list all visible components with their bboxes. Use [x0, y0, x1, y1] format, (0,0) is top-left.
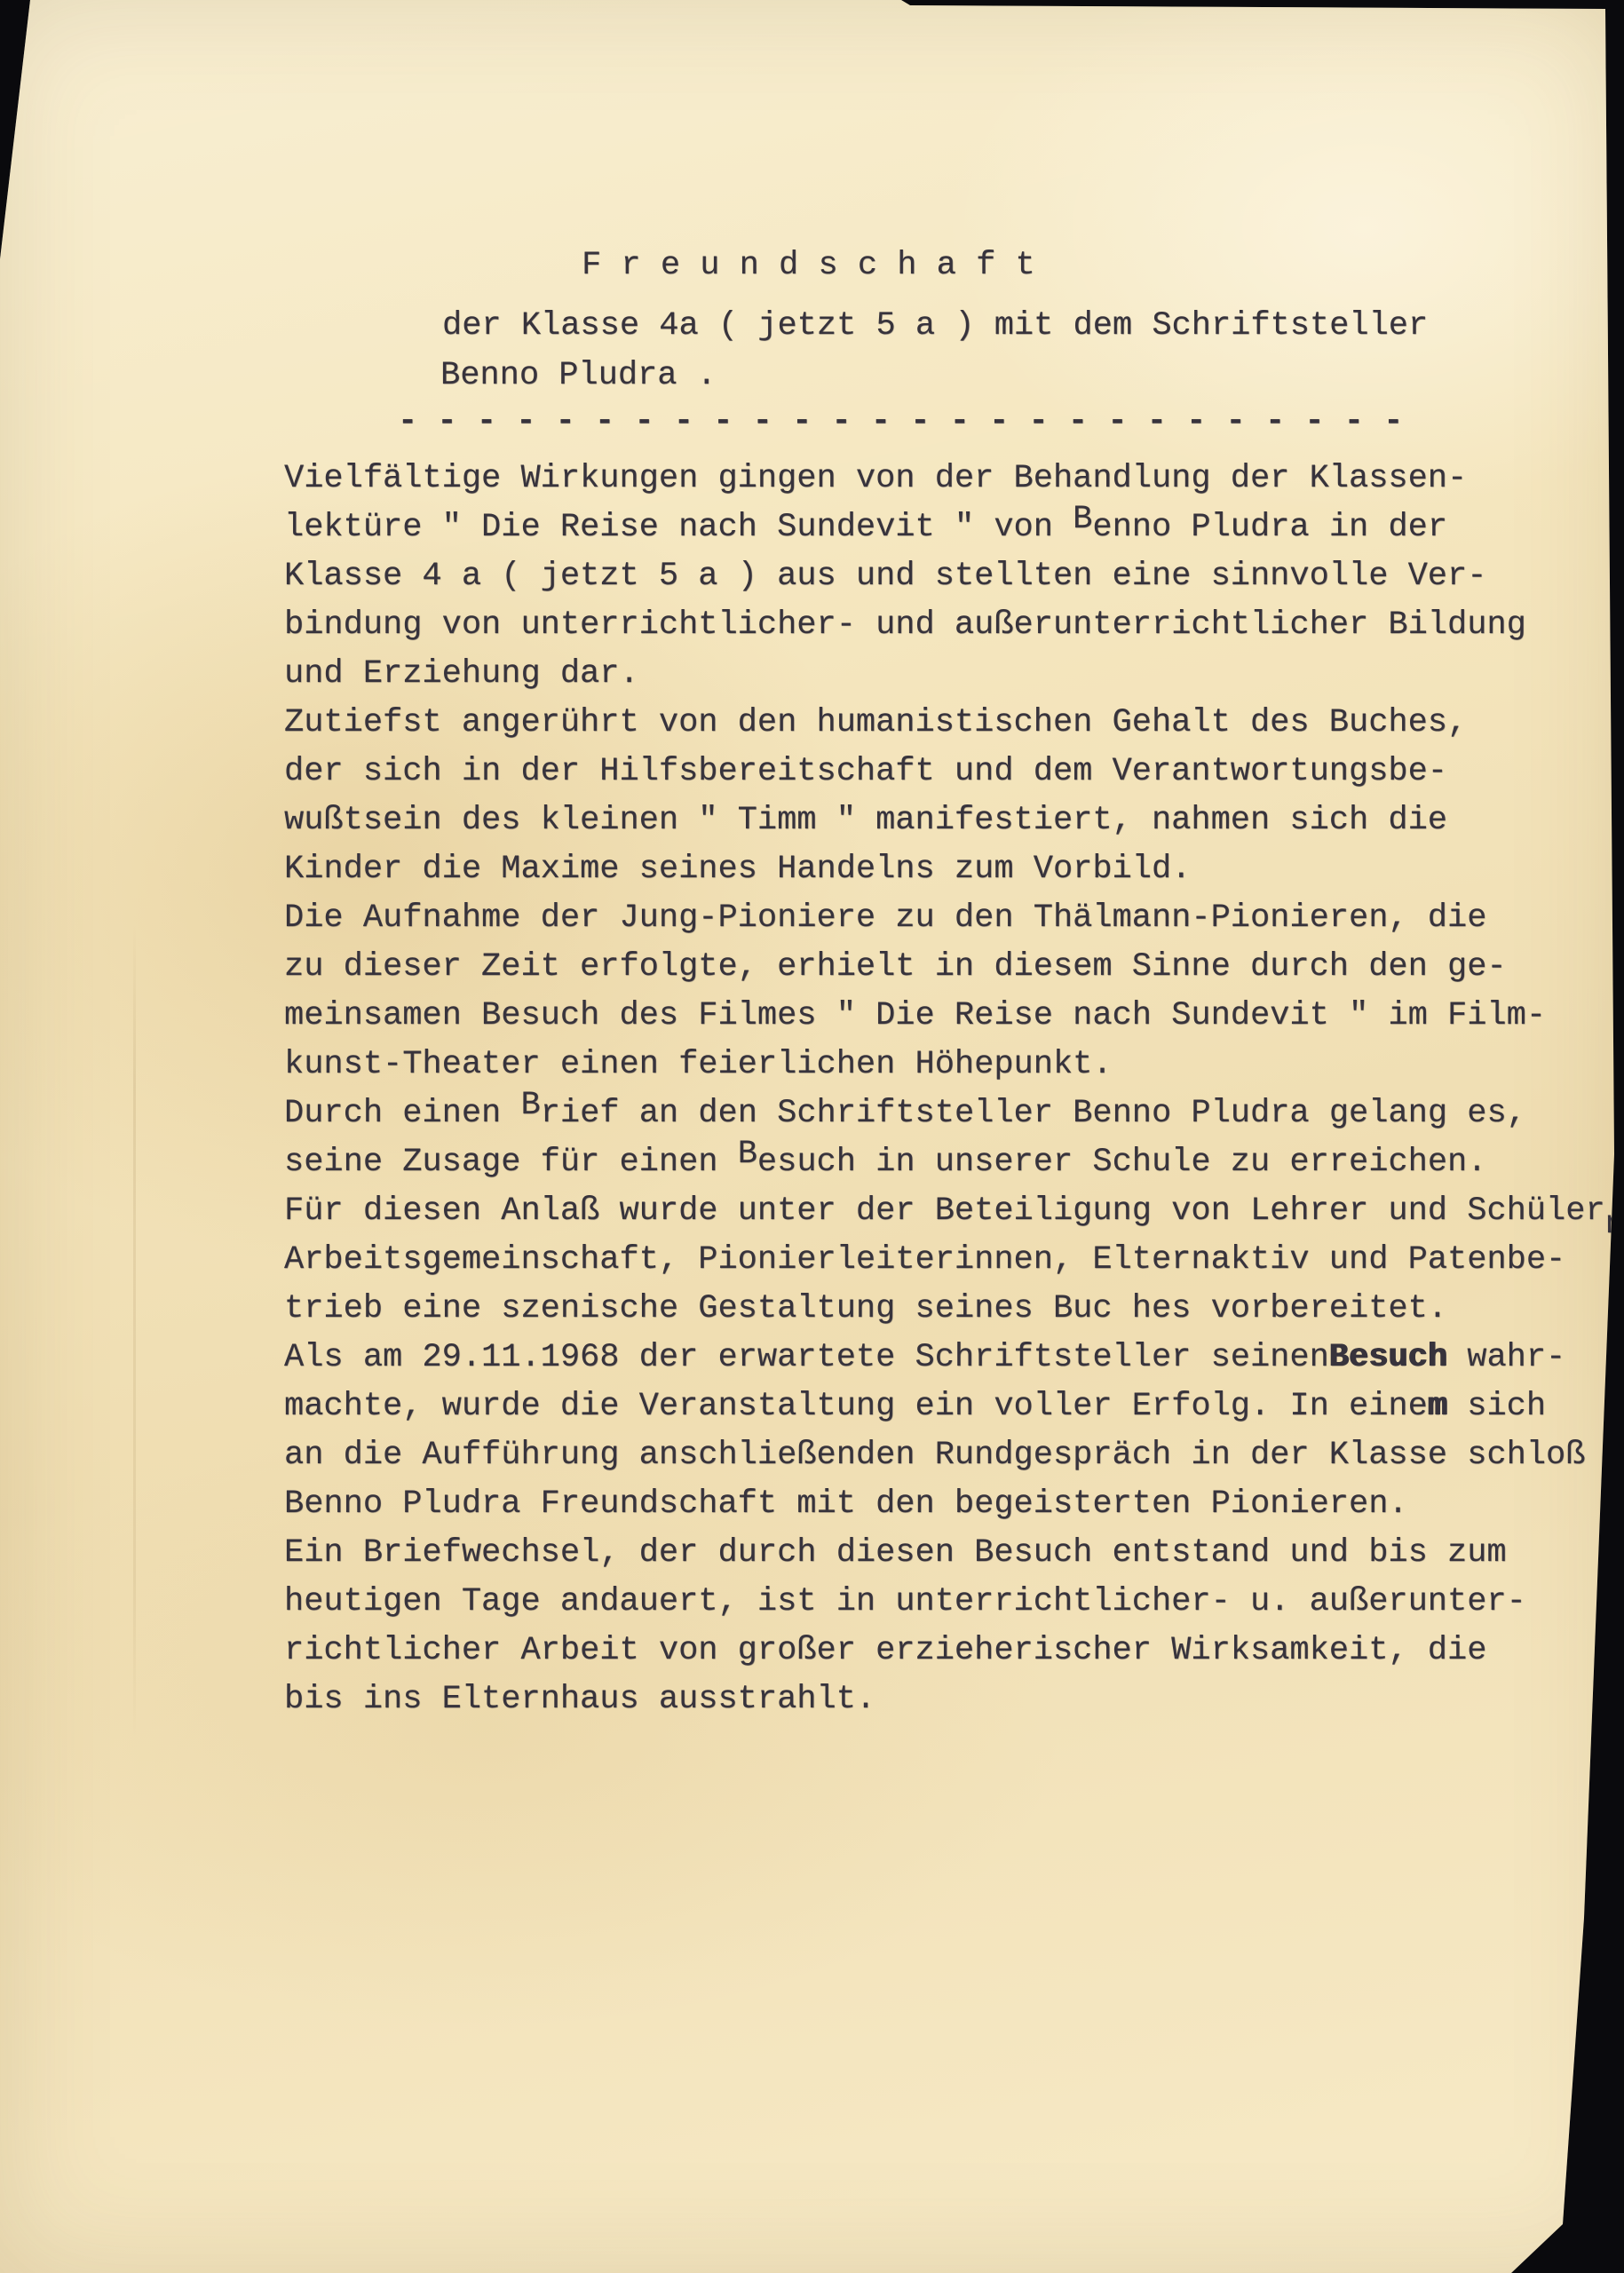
body-line: meinsamen Besuch des Filmes " Die Reise … — [284, 992, 1624, 1041]
body-line: Vielfältige Wirkungen gingen von der Beh… — [284, 455, 1624, 503]
body-text: Vielfältige Wirkungen gingen von der Beh… — [284, 455, 1624, 1724]
body-line: lektüre " Die Reise nach Sundevit " von … — [284, 503, 1624, 552]
body-line: Arbeitsgemeinschaft, Pionierleiterinnen,… — [284, 1236, 1624, 1285]
subtitle-line-1: der Klasse 4a ( jetzt 5 a ) mit dem Schr… — [442, 302, 1428, 351]
crease-mark — [133, 923, 136, 1740]
body-line: Die Aufnahme der Jung-Pioniere zu den Th… — [284, 894, 1624, 943]
body-line: machte, wurde die Veranstaltung ein voll… — [284, 1382, 1624, 1431]
subtitle-line-2: Benno Pludra . — [440, 352, 717, 400]
body-line: heutigen Tage andauert, ist in unterrich… — [284, 1578, 1624, 1627]
body-line: an die Aufführung anschließenden Rundges… — [284, 1431, 1624, 1480]
body-line: Durch einen Brief an den Schriftsteller … — [284, 1089, 1624, 1138]
body-line: Für diesen Anlaß wurde unter der Beteili… — [284, 1187, 1624, 1236]
body-line: der sich in der Hilfsbereitschaft und de… — [284, 748, 1624, 796]
body-line: und Erziehung dar. — [284, 650, 1624, 699]
document-title: F r e u n d s c h a f t — [582, 242, 1035, 290]
body-line: bis ins Elternhaus ausstrahlt. — [284, 1675, 1624, 1724]
body-line: kunst-Theater einen feierlichen Höhepunk… — [284, 1041, 1624, 1089]
body-line: Kinder die Maxime seines Handelns zum Vo… — [284, 845, 1624, 894]
body-line: trieb eine szenische Gestaltung seines B… — [284, 1285, 1624, 1334]
body-line: Als am 29.11.1968 der erwartete Schrifts… — [284, 1334, 1624, 1382]
body-line: richtlicher Arbeit von großer erzieheris… — [284, 1627, 1624, 1675]
paper-sheet: F r e u n d s c h a f t der Klasse 4a ( … — [0, 0, 1624, 2273]
body-line: seine Zusage für einen Besuch in unserer… — [284, 1138, 1624, 1187]
scan-backdrop: { "page": { "colors": { "paper": "#f4e5b… — [0, 0, 1624, 2273]
body-line: Ein Briefwechsel, der durch diesen Besuc… — [284, 1529, 1624, 1578]
body-line: bindung von unterrichtlicher- und außeru… — [284, 601, 1624, 650]
body-line: zu dieser Zeit erfolgte, erhielt in dies… — [284, 943, 1624, 992]
body-line: Benno Pludra Freundschaft mit den begeis… — [284, 1480, 1624, 1529]
body-line: wußtsein des kleinen " Timm " manifestie… — [284, 796, 1624, 845]
body-line: Zutiefst angerührt von den humanistische… — [284, 699, 1624, 748]
dashed-divider: - - - - - - - - - - - - - - - - - - - - … — [398, 398, 1403, 447]
body-line: Klasse 4 a ( jetzt 5 a ) aus und stellte… — [284, 552, 1624, 601]
